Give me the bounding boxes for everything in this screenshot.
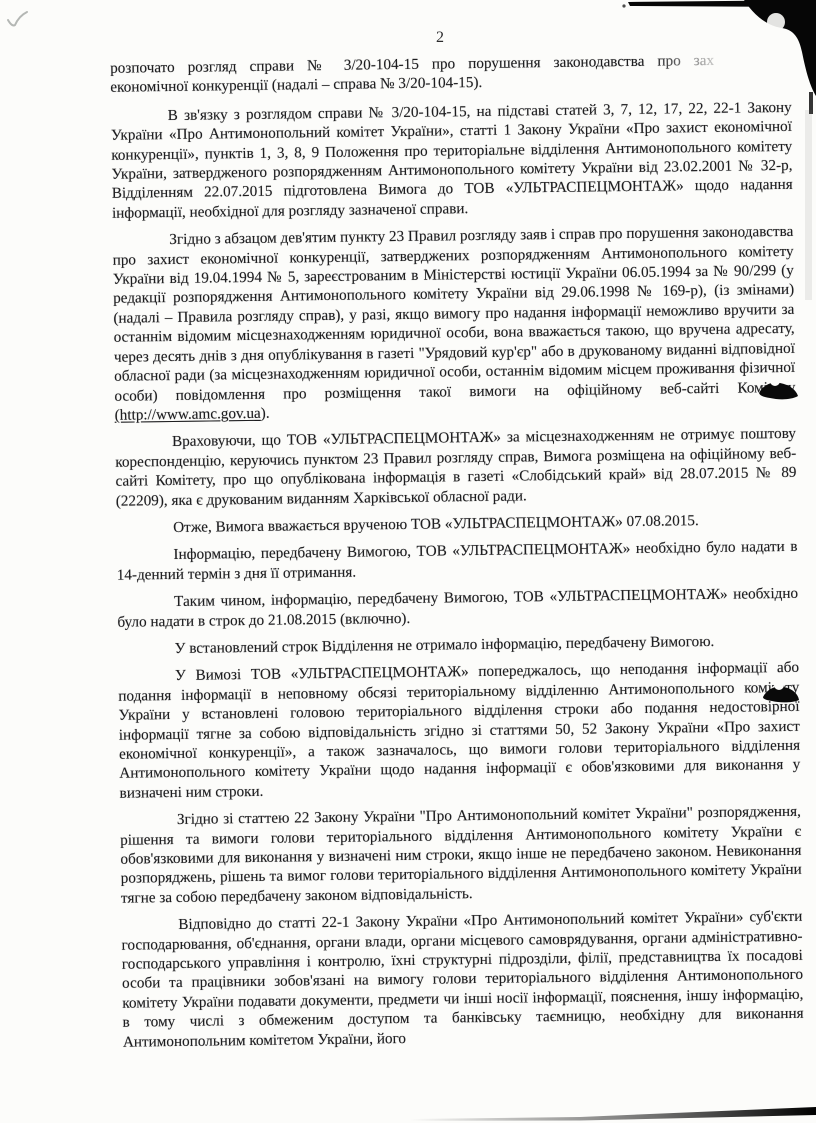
paragraph: Таким чином, інформацію, передбачену Вим… bbox=[117, 584, 798, 632]
paragraph: Згідно з абзацом дев'ятим пункту 23 Прав… bbox=[112, 222, 795, 425]
paragraph: Враховуючи, що ТОВ «УЛЬТРАСПЕЦМОНТАЖ» за… bbox=[115, 424, 797, 511]
scan-smudge-line bbox=[410, 1107, 816, 1121]
scan-edge-streak bbox=[809, 92, 813, 114]
paragraph: Згідно зі статтею 22 Закону України "Про… bbox=[120, 802, 802, 908]
scan-edge-smudge bbox=[805, 110, 812, 300]
paragraph: Інформацію, передбачену Вимогою, ТОВ «УЛ… bbox=[116, 537, 797, 585]
document-body: розпочато розгляд справи № 3/20-104-15 п… bbox=[110, 50, 804, 1060]
pencil-check-mark bbox=[8, 12, 27, 25]
paragraph: Отже, Вимога вважається врученою ТОВ «УЛ… bbox=[116, 510, 797, 538]
paragraph: У встановлений строк Відділення не отрим… bbox=[118, 631, 799, 659]
scanned-document-page: 2 розпочато розгляд справи № 3/20-104-15… bbox=[0, 0, 816, 1123]
page-number: 2 bbox=[110, 29, 770, 47]
paragraph-text: Згідно з абзацом дев'ятим пункту 23 Прав… bbox=[113, 223, 796, 404]
paragraph: Відповідно до статті 22-1 Закону України… bbox=[121, 907, 804, 1052]
website-url: (http://www.amc.gov.ua bbox=[115, 405, 261, 424]
scan-top-bar bbox=[628, 0, 816, 7]
paragraph-continuation: розпочато розгляд справи № 3/20-104-15 п… bbox=[110, 50, 791, 98]
paragraph: У Вимозі ТОВ «УЛЬТРАСПЕЦМОНТАЖ» попередж… bbox=[118, 658, 801, 803]
paragraph: В зв'язку з розглядом справи № 3/20-104-… bbox=[111, 98, 793, 223]
paragraph-text: ). bbox=[261, 405, 270, 422]
scan-speck bbox=[622, 4, 625, 7]
